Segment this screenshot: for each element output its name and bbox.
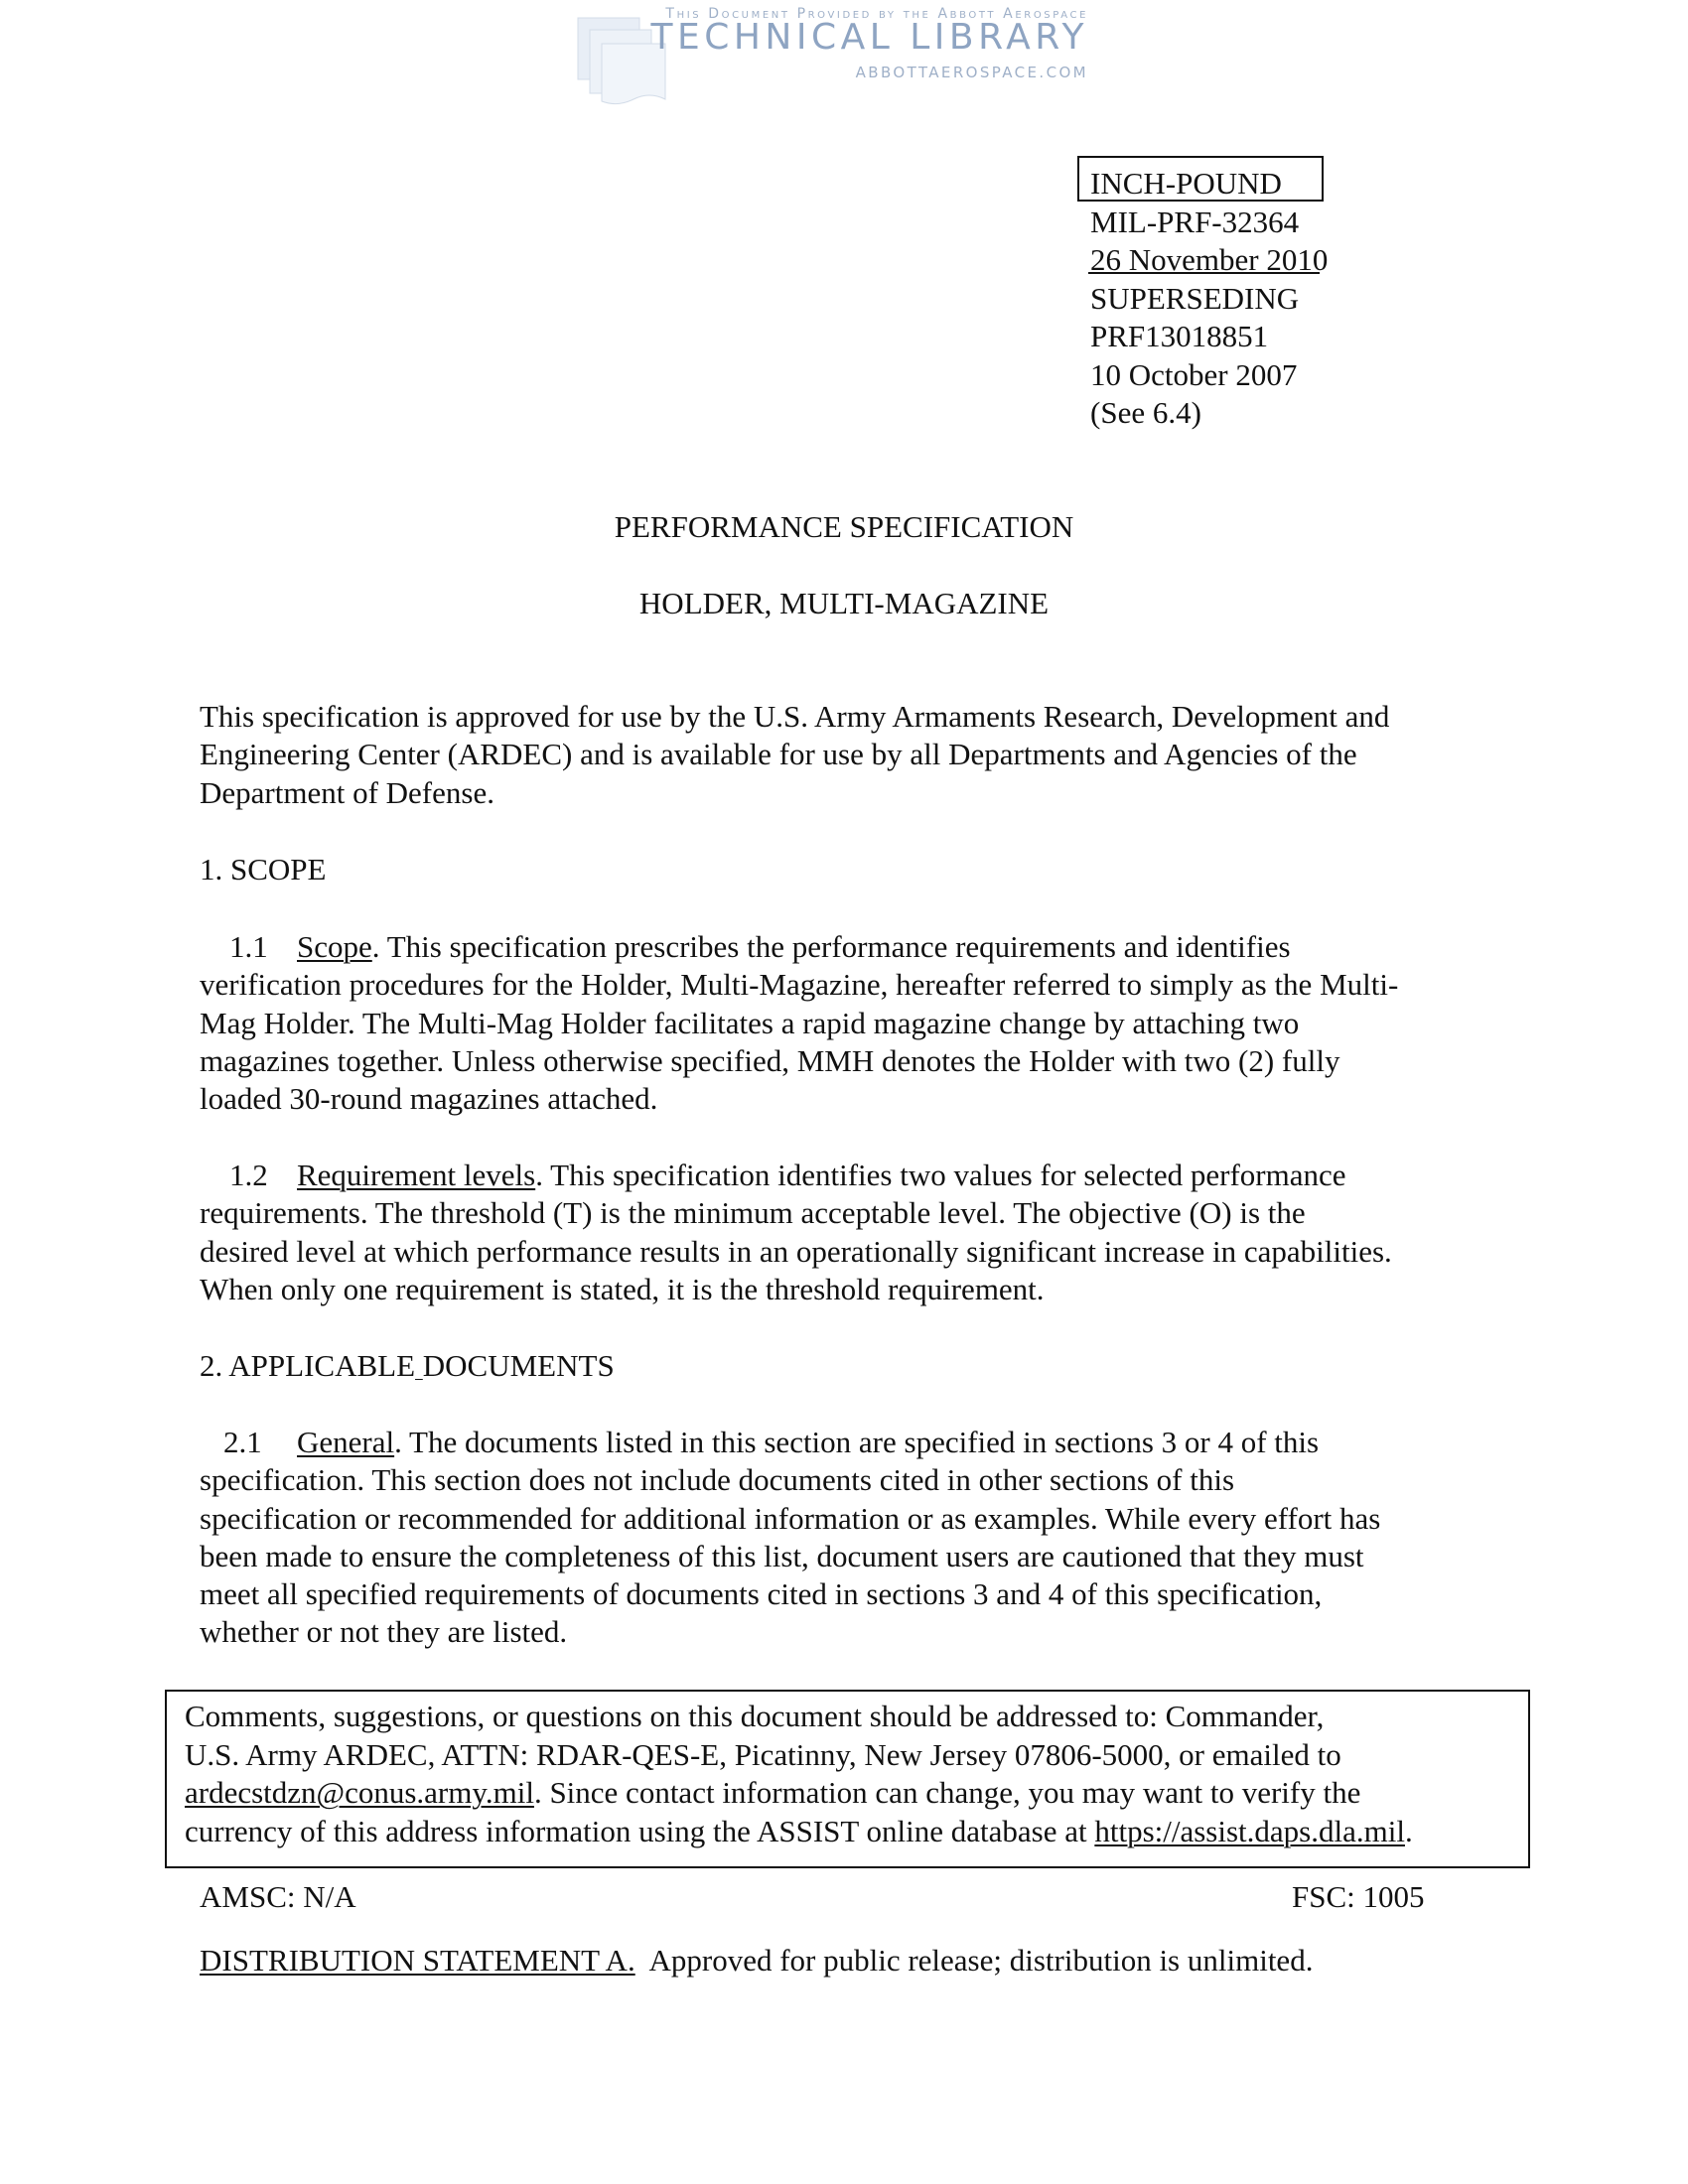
superseded-date: 10 October 2007 [1090,356,1328,395]
watermark-title: TECHNICAL LIBRARY [612,20,1088,56]
section-2-heading: 2. APPLICABLE DOCUMENTS [200,1347,1510,1385]
paragraph-title: General [297,1425,394,1459]
assist-url-link[interactable]: https://assist.daps.dla.mil [1094,1814,1405,1848]
amsc-label: AMSC: N/A [200,1878,356,1916]
superseding-label: SUPERSEDING [1090,280,1328,319]
paragraph-number: 2.1 [223,1424,297,1461]
watermark-url: ABBOTTAEROSPACE.COM [671,64,1088,81]
paragraph-number: 1.1 [229,928,297,966]
date-underline [1088,272,1320,274]
paragraph-title: Requirement levels [297,1158,535,1192]
superseded-doc: PRF13018851 [1090,318,1328,356]
doc-number: MIL-PRF-32364 [1090,204,1328,242]
distribution-statement: DISTRIBUTION STATEMENT A. Approved for p… [200,1942,1313,1979]
paragraph-2-1: 2.1General. The documents listed in this… [200,1424,1510,1652]
document-header: INCH-POUND MIL-PRF-32364 26 November 201… [1090,165,1328,433]
see-note: (See 6.4) [1090,394,1328,433]
approval-paragraph: This specification is approved for use b… [200,698,1510,812]
page-subtitle: HOLDER, MULTI-MAGAZINE [0,585,1688,622]
email-link[interactable]: ardecstdzn@conus.army.mil [185,1775,534,1810]
watermark: This Document Provided by the Abbott Aer… [572,4,1088,113]
fsc-label: FSC: 1005 [1292,1878,1425,1916]
section-1-heading: 1. SCOPE [200,851,1510,888]
paragraph-1-1: 1.1Scope. This specification prescribes … [200,928,1510,1118]
paragraph-1-2: 1.2Requirement levels. This specificatio… [200,1157,1510,1308]
paragraph-title: Scope [297,929,372,964]
paragraph-number: 1.2 [229,1157,297,1194]
distribution-label: DISTRIBUTION STATEMENT A. [200,1943,635,1978]
comments-text: Comments, suggestions, or questions on t… [185,1698,1413,1850]
page-title: PERFORMANCE SPECIFICATION [0,508,1688,546]
units-label: INCH-POUND [1090,165,1328,204]
